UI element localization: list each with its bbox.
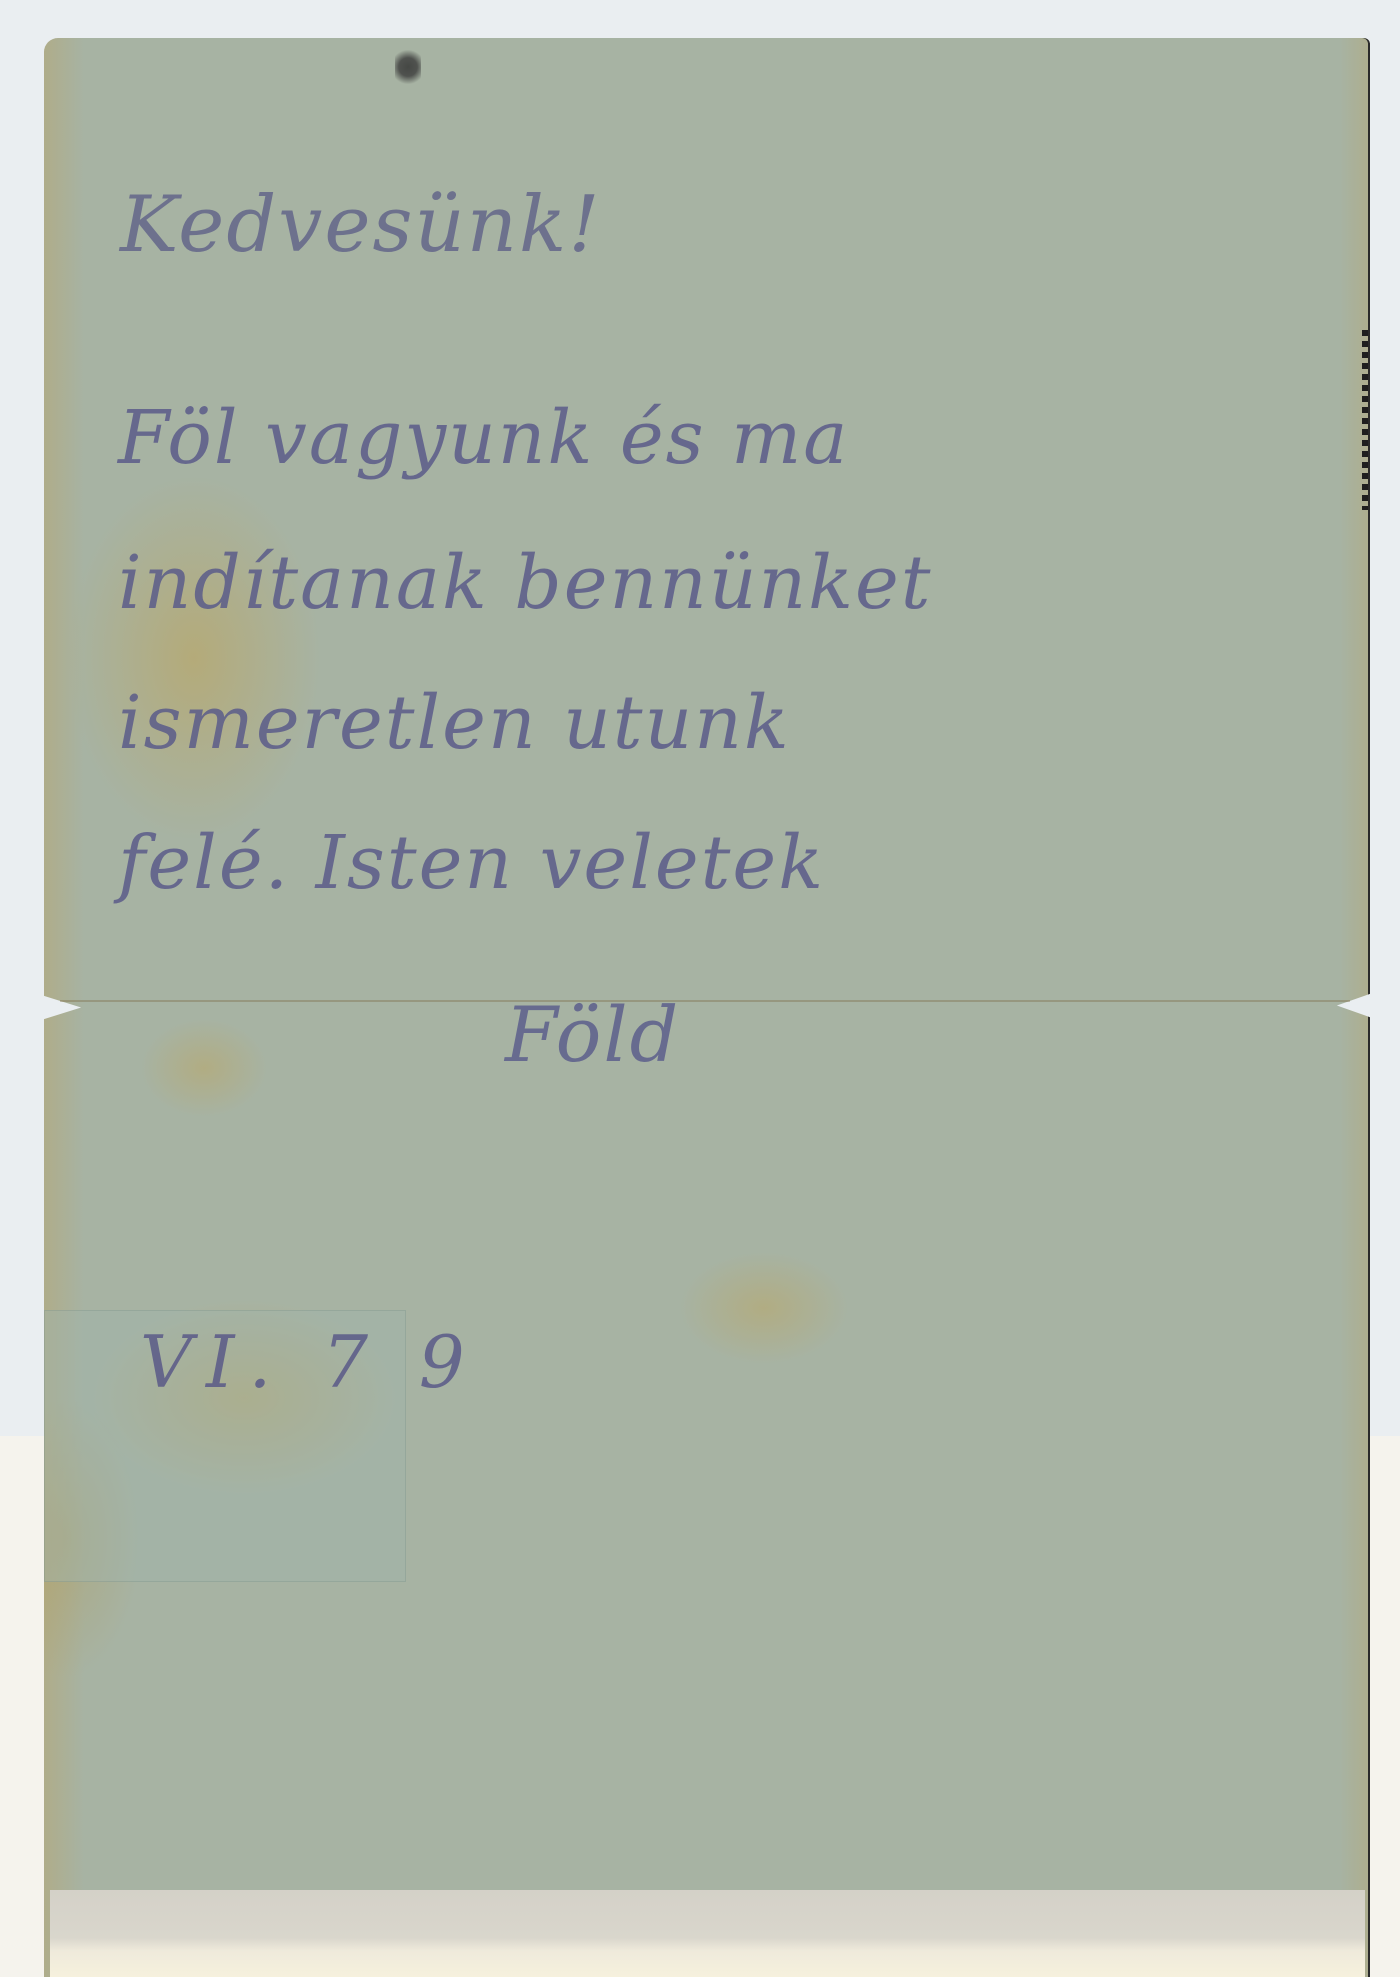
message-line-1: Föl vagyunk és ma bbox=[118, 395, 849, 481]
postcard-paper bbox=[44, 38, 1370, 1977]
ink-smudge bbox=[395, 48, 421, 86]
message-line-2: indítanak bennünket bbox=[118, 540, 933, 626]
greeting-line: Kedvesünk! bbox=[120, 180, 602, 270]
fold-crease bbox=[60, 1000, 1350, 1002]
tape-strip-bottom bbox=[50, 1890, 1365, 1977]
signature: Föld bbox=[505, 990, 680, 1079]
torn-edge-mark bbox=[1362, 330, 1368, 510]
message-line-4: felé. Isten veletek bbox=[118, 820, 825, 906]
message-line-3: ismeretlen utunk bbox=[118, 680, 791, 766]
date-annotation: VI. 7 9 bbox=[140, 1320, 479, 1404]
